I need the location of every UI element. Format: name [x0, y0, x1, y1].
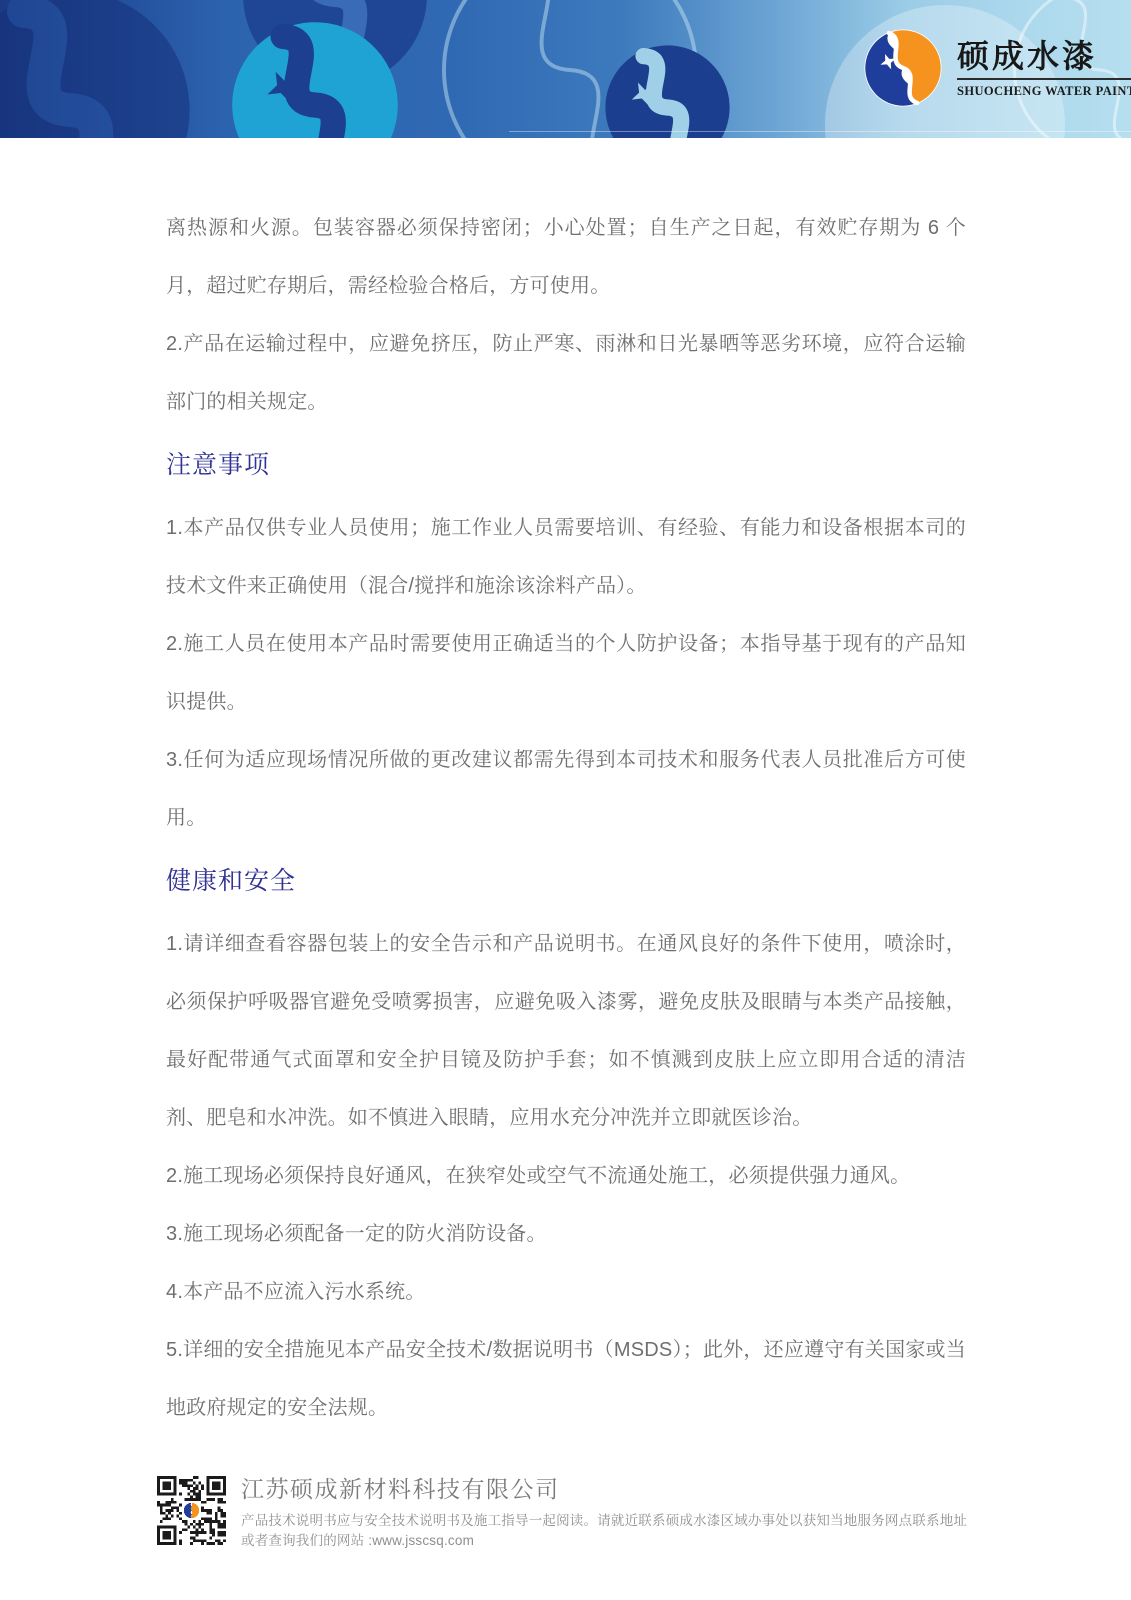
footer-note-line: 产品技术说明书应与安全技术说明书及施工指导一起阅读。请就近联系硕成水漆区域办事处… [241, 1511, 977, 1531]
footer-note-line: 或者查询我们的网站 :www.jsscsq.com [241, 1531, 977, 1551]
brand-text: 硕成水漆 SHUOCHENG WATER PAINT [957, 37, 1131, 99]
body-paragraph: 2.施工人员在使用本产品时需要使用正确适当的个人防护设备；本指导基于现有的产品知… [166, 615, 966, 731]
brand-divider [957, 78, 1131, 80]
body-paragraph: 2.施工现场必须保持良好通风，在狭窄处或空气不流通处施工，必须提供强力通风。 [166, 1147, 966, 1205]
brand-logo: 硕成水漆 SHUOCHENG WATER PAINT [862, 27, 1131, 109]
section-heading-precautions: 注意事项 [166, 436, 966, 494]
swoosh-motif-icon [225, 15, 405, 138]
swoosh-motif-icon [0, 0, 200, 138]
body-paragraph: 5.详细的安全措施见本产品安全技术/数据说明书（MSDS）；此外，还应遵守有关国… [166, 1321, 966, 1437]
body-paragraph: 2.产品在运输过程中，应避免挤压，防止严寒、雨淋和日光暴晒等恶劣环境，应符合运输… [166, 315, 966, 431]
footer-notes: 产品技术说明书应与安全技术说明书及施工指导一起阅读。请就近联系硕成水漆区域办事处… [241, 1511, 977, 1550]
qr-center-logo-icon [182, 1501, 201, 1520]
document-body: 离热源和火源。包装容器必须保持密闭；小心处置；自生产之日起，有效贮存期为 6 个… [166, 199, 966, 1437]
footer: 江苏硕成新材料科技有限公司 产品技术说明书应与安全技术说明书及施工指导一起阅读。… [157, 1476, 977, 1550]
body-paragraph: 离热源和火源。包装容器必须保持密闭；小心处置；自生产之日起，有效贮存期为 6 个… [166, 199, 966, 315]
body-paragraph: 1.本产品仅供专业人员使用；施工作业人员需要培训、有经验、有能力和设备根据本司的… [166, 499, 966, 615]
section-heading-health-safety: 健康和安全 [166, 852, 966, 910]
body-paragraph: 1.请详细查看容器包装上的安全告示和产品说明书。在通风良好的条件下使用，喷涂时，… [166, 915, 966, 1147]
body-paragraph: 3.施工现场必须配备一定的防火消防设备。 [166, 1205, 966, 1263]
body-paragraph: 3.任何为适应现场情况所做的更改建议都需先得到本司技术和服务代表人员批准后方可使… [166, 731, 966, 847]
brand-name-cn: 硕成水漆 [957, 37, 1131, 75]
footer-text: 江苏硕成新材料科技有限公司 产品技术说明书应与安全技术说明书及施工指导一起阅读。… [241, 1476, 977, 1550]
body-paragraph: 4.本产品不应流入污水系统。 [166, 1263, 966, 1321]
swoosh-motif-icon [600, 40, 735, 138]
shuocheng-logo-icon [862, 27, 944, 109]
qr-code [157, 1476, 226, 1545]
brand-name-en: SHUOCHENG WATER PAINT [957, 84, 1131, 99]
header-banner: 硕成水漆 SHUOCHENG WATER PAINT [0, 0, 1131, 138]
company-name: 江苏硕成新材料科技有限公司 [241, 1476, 977, 1503]
document-page: 硕成水漆 SHUOCHENG WATER PAINT 离热源和火源。包装容器必须… [0, 0, 1131, 1600]
